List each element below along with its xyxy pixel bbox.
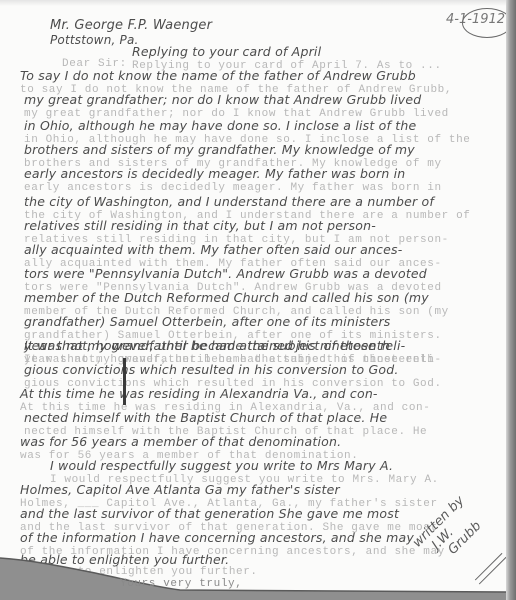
date-circle-mark bbox=[462, 8, 512, 38]
hand-line: Holmes, Capitol Ave Atlanta Ga my father… bbox=[20, 482, 340, 497]
hand-line: in Ohio, although he may have done so. I… bbox=[24, 118, 416, 133]
hand-line: and the last survivor of that generation… bbox=[20, 506, 399, 521]
hand-line: grandfather) Samuel Otterbein, after one… bbox=[24, 314, 391, 329]
closing-typed: Yours very truly, bbox=[120, 578, 242, 590]
hand-line: year that my grandfather became the subj… bbox=[24, 338, 405, 353]
hand-line: brothers and sisters of my grandfather. … bbox=[24, 142, 415, 157]
hand-line: relatives still residing in that city, b… bbox=[24, 218, 376, 233]
hand-line: the city of Washington, and I understand… bbox=[24, 194, 434, 209]
paper-right-edge bbox=[506, 0, 516, 600]
hand-line: gious convictions which resulted in his … bbox=[24, 362, 399, 377]
hand-line: of the information I have concerning anc… bbox=[20, 530, 414, 545]
hand-line: was for 56 years a member of that denomi… bbox=[20, 434, 341, 449]
addressee-name: Mr. George F.P. Waenger bbox=[50, 18, 212, 33]
margin-mark bbox=[123, 358, 126, 405]
hand-line: I would respectfully suggest you write t… bbox=[50, 458, 393, 473]
hand-line: tors were "Pennsylvania Dutch". Andrew G… bbox=[24, 266, 427, 281]
letter-page: 4-1-1912 Mr. George F.P. Waenger Pottsto… bbox=[0, 0, 506, 600]
hand-line: nected himself with the Baptist Church o… bbox=[24, 410, 387, 425]
hand-line: At this time he was residing in Alexandr… bbox=[20, 386, 378, 401]
hand-line: ally acquainted with them. My father oft… bbox=[24, 242, 402, 257]
hand-line: my great grandfather; nor do I know that… bbox=[24, 92, 421, 107]
hand-line: member of the Dutch Reformed Church and … bbox=[24, 290, 429, 305]
paper-top-edge bbox=[0, 0, 506, 6]
typed-line: early ancestors is decidedly meager. My … bbox=[24, 182, 442, 194]
hand-line: early ancestors is decidedly meager. My … bbox=[24, 166, 405, 181]
hand-line: Replying to your card of April bbox=[132, 44, 321, 59]
addressee-location: Pottstown, Pa. bbox=[50, 33, 139, 47]
torn-edge bbox=[0, 556, 506, 600]
hand-line: To say I do not know the name of the fat… bbox=[20, 68, 416, 83]
